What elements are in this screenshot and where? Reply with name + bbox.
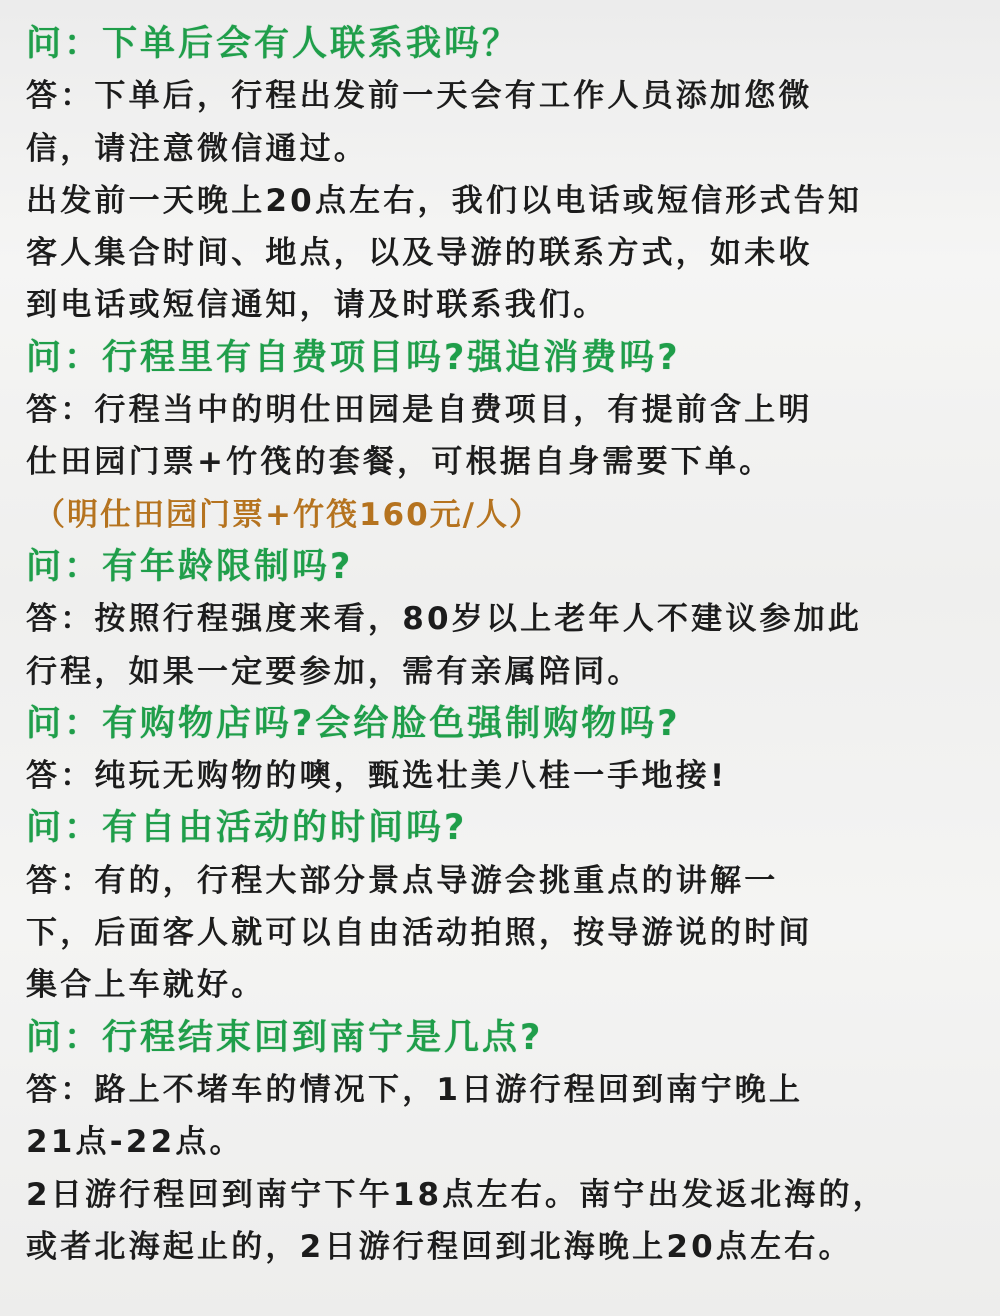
faq-answer-line: 到电话或短信通知，请及时联系我们。	[26, 279, 986, 331]
faq-item: 问：行程里有自费项目吗?强迫消费吗? 答：行程当中的明仕田园是自费项目，有提前含…	[26, 332, 986, 541]
faq-question: 问：行程里有自费项目吗?强迫消费吗?	[26, 332, 986, 384]
faq-answer-line: 或者北海起止的，2日游行程回到北海晚上20点左右。	[26, 1221, 986, 1273]
faq-document: 问：下单后会有人联系我吗？ 答：下单后，行程出发前一天会有工作人员添加您微 信，…	[26, 18, 986, 1273]
faq-answer-line: 21点-22点。	[26, 1116, 986, 1168]
faq-answer-line: 信，请注意微信通过。	[26, 123, 986, 175]
faq-item: 问：有自由活动的时间吗? 答：有的，行程大部分景点导游会挑重点的讲解一 下，后面…	[26, 802, 986, 1011]
faq-answer-line: 集合上车就好。	[26, 959, 986, 1011]
faq-answer-line: 出发前一天晚上20点左右，我们以电话或短信形式告知	[26, 175, 986, 227]
faq-answer-line: 答：按照行程强度来看，80岁以上老年人不建议参加此	[26, 593, 986, 645]
faq-question: 问：行程结束回到南宁是几点?	[26, 1012, 986, 1064]
faq-question: 问：下单后会有人联系我吗？	[26, 18, 986, 70]
faq-question: 问：有年龄限制吗?	[26, 541, 986, 593]
faq-answer-line: 答：下单后，行程出发前一天会有工作人员添加您微	[26, 70, 986, 122]
faq-question: 问：有购物店吗?会给脸色强制购物吗?	[26, 698, 986, 750]
faq-answer-line: 2日游行程回到南宁下午18点左右。南宁出发返北海的，	[26, 1169, 986, 1221]
faq-item: 问：有年龄限制吗? 答：按照行程强度来看，80岁以上老年人不建议参加此 行程，如…	[26, 541, 986, 698]
faq-question: 问：有自由活动的时间吗?	[26, 802, 986, 854]
faq-answer-line: 下，后面客人就可以自由活动拍照，按导游说的时间	[26, 907, 986, 959]
faq-answer-line: 答：纯玩无购物的噢，甄选壮美八桂一手地接!	[26, 750, 986, 802]
faq-item: 问：行程结束回到南宁是几点? 答：路上不堵车的情况下，1日游行程回到南宁晚上 2…	[26, 1012, 986, 1273]
faq-answer-line: 行程，如果一定要参加，需有亲属陪同。	[26, 646, 986, 698]
faq-answer-line: 客人集合时间、地点，以及导游的联系方式，如未收	[26, 227, 986, 279]
faq-answer-line: 答：路上不堵车的情况下，1日游行程回到南宁晚上	[26, 1064, 986, 1116]
faq-answer-line: 答：行程当中的明仕田园是自费项目，有提前含上明	[26, 384, 986, 436]
faq-item: 问：下单后会有人联系我吗？ 答：下单后，行程出发前一天会有工作人员添加您微 信，…	[26, 18, 986, 332]
faq-answer-line: 仕田园门票+竹筏的套餐，可根据自身需要下单。	[26, 436, 986, 488]
price-note: （明仕田园门票+竹筏160元/人）	[26, 489, 986, 541]
faq-item: 问：有购物店吗?会给脸色强制购物吗? 答：纯玩无购物的噢，甄选壮美八桂一手地接!	[26, 698, 986, 803]
faq-answer-line: 答：有的，行程大部分景点导游会挑重点的讲解一	[26, 855, 986, 907]
